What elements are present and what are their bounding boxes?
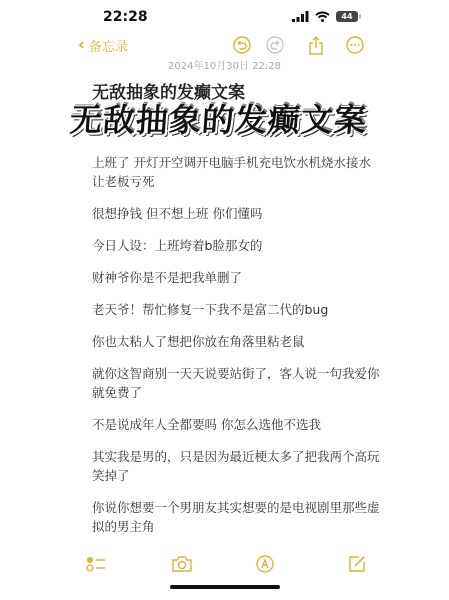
note-paragraph: 今日人设：上班垮着b脸那女的 <box>92 236 382 255</box>
share-icon <box>308 36 324 55</box>
undo-icon <box>233 36 251 54</box>
camera-icon <box>171 555 193 573</box>
home-indicator[interactable] <box>170 585 280 589</box>
note-body[interactable]: 上班了 开灯开空调开电脑手机充电饮水机烧水接水 让老板亏死 很想挣钱 但不想上班… <box>92 153 382 549</box>
checklist-icon <box>86 555 106 573</box>
compose-button[interactable] <box>345 552 369 576</box>
back-button[interactable]: ‹ 备忘录 <box>78 36 128 55</box>
note-paragraph: 很想挣钱 但不想上班 你们懂吗 <box>92 204 382 223</box>
redo-button[interactable] <box>265 35 285 55</box>
note-paragraph: 就你这智商别一天天说要站街了，客人说一句我爱你就免费了 <box>92 364 382 402</box>
signal-icon <box>292 11 309 22</box>
battery-icon: 44 <box>336 11 358 22</box>
redo-icon <box>266 36 284 54</box>
back-label: 备忘录 <box>89 36 128 55</box>
share-button[interactable] <box>306 35 326 55</box>
chevron-left-icon: ‹ <box>78 37 85 54</box>
compose-icon <box>348 555 366 573</box>
undo-button[interactable] <box>232 35 252 55</box>
note-paragraph: 财神爷你是不是把我单删了 <box>92 268 382 287</box>
note-paragraph: 你说你想要一个男朋友其实想要的是电视剧里那些虚拟的男主角 <box>92 498 382 536</box>
more-icon <box>346 36 364 54</box>
markup-button[interactable] <box>253 552 277 576</box>
note-paragraph: 上班了 开灯开空调开电脑手机充电饮水机烧水接水 让老板亏死 <box>92 153 382 191</box>
markup-pen-icon <box>256 555 274 573</box>
bottom-toolbar <box>0 552 449 576</box>
status-bar: 22:28 44 <box>0 0 449 34</box>
camera-button[interactable] <box>170 552 194 576</box>
note-paragraph: 老天爷！帮忙修复一下我不是富二代的bug <box>92 300 382 319</box>
note-paragraph: 你也太粘人了想把你放在角落里粘老鼠 <box>92 332 382 351</box>
status-time: 22:28 <box>103 9 148 25</box>
nav-bar: ‹ 备忘录 <box>0 34 449 58</box>
overlay-title: 无敌抽象的发癫文案 <box>68 95 368 141</box>
status-icons: 44 <box>292 11 358 22</box>
note-date: 2024年10月30日 22:28 <box>0 57 449 72</box>
note-paragraph: 其实我是男的，只是因为最近梗太多了把我两个高玩笑掉了 <box>92 447 382 485</box>
wifi-icon <box>315 11 330 22</box>
note-paragraph: 不是说成年人全都要吗 你怎么选他不选我 <box>92 415 382 434</box>
checklist-button[interactable] <box>84 552 108 576</box>
more-button[interactable] <box>345 35 365 55</box>
